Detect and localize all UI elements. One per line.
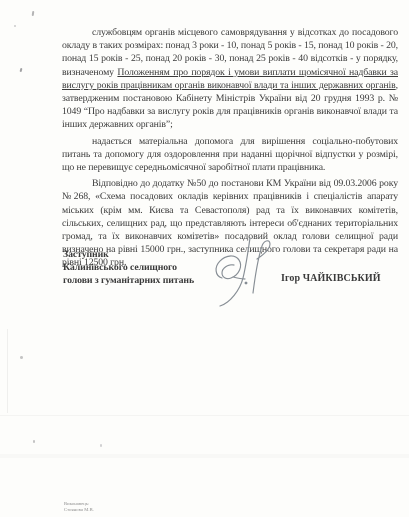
scan-fold-line bbox=[7, 329, 8, 413]
scan-shadow-line bbox=[0, 415, 409, 416]
scan-speck bbox=[20, 356, 23, 359]
signature-ink-dot bbox=[245, 282, 248, 285]
paragraph-seniority-allowance: службовцям органів місцевого самоврядува… bbox=[62, 26, 398, 132]
document-page: службовцям органів місцевого самоврядува… bbox=[0, 0, 409, 517]
scan-shadow-band bbox=[0, 454, 409, 458]
signer-name: Ігор ЧАЙКІВСЬКИЙ bbox=[281, 273, 381, 284]
executor-footnote: Виконавець: Стоянова М.В. bbox=[64, 501, 94, 512]
scan-speck bbox=[20, 68, 23, 72]
scan-speck bbox=[33, 440, 35, 443]
scan-speck bbox=[32, 11, 35, 16]
scan-speck bbox=[100, 444, 102, 447]
handwritten-signature bbox=[186, 232, 278, 310]
executor-name: Стоянова М.В. bbox=[64, 507, 94, 513]
paragraph-material-aid: надається матеріальна допомога для виріш… bbox=[62, 135, 398, 175]
scan-speck bbox=[14, 25, 16, 27]
